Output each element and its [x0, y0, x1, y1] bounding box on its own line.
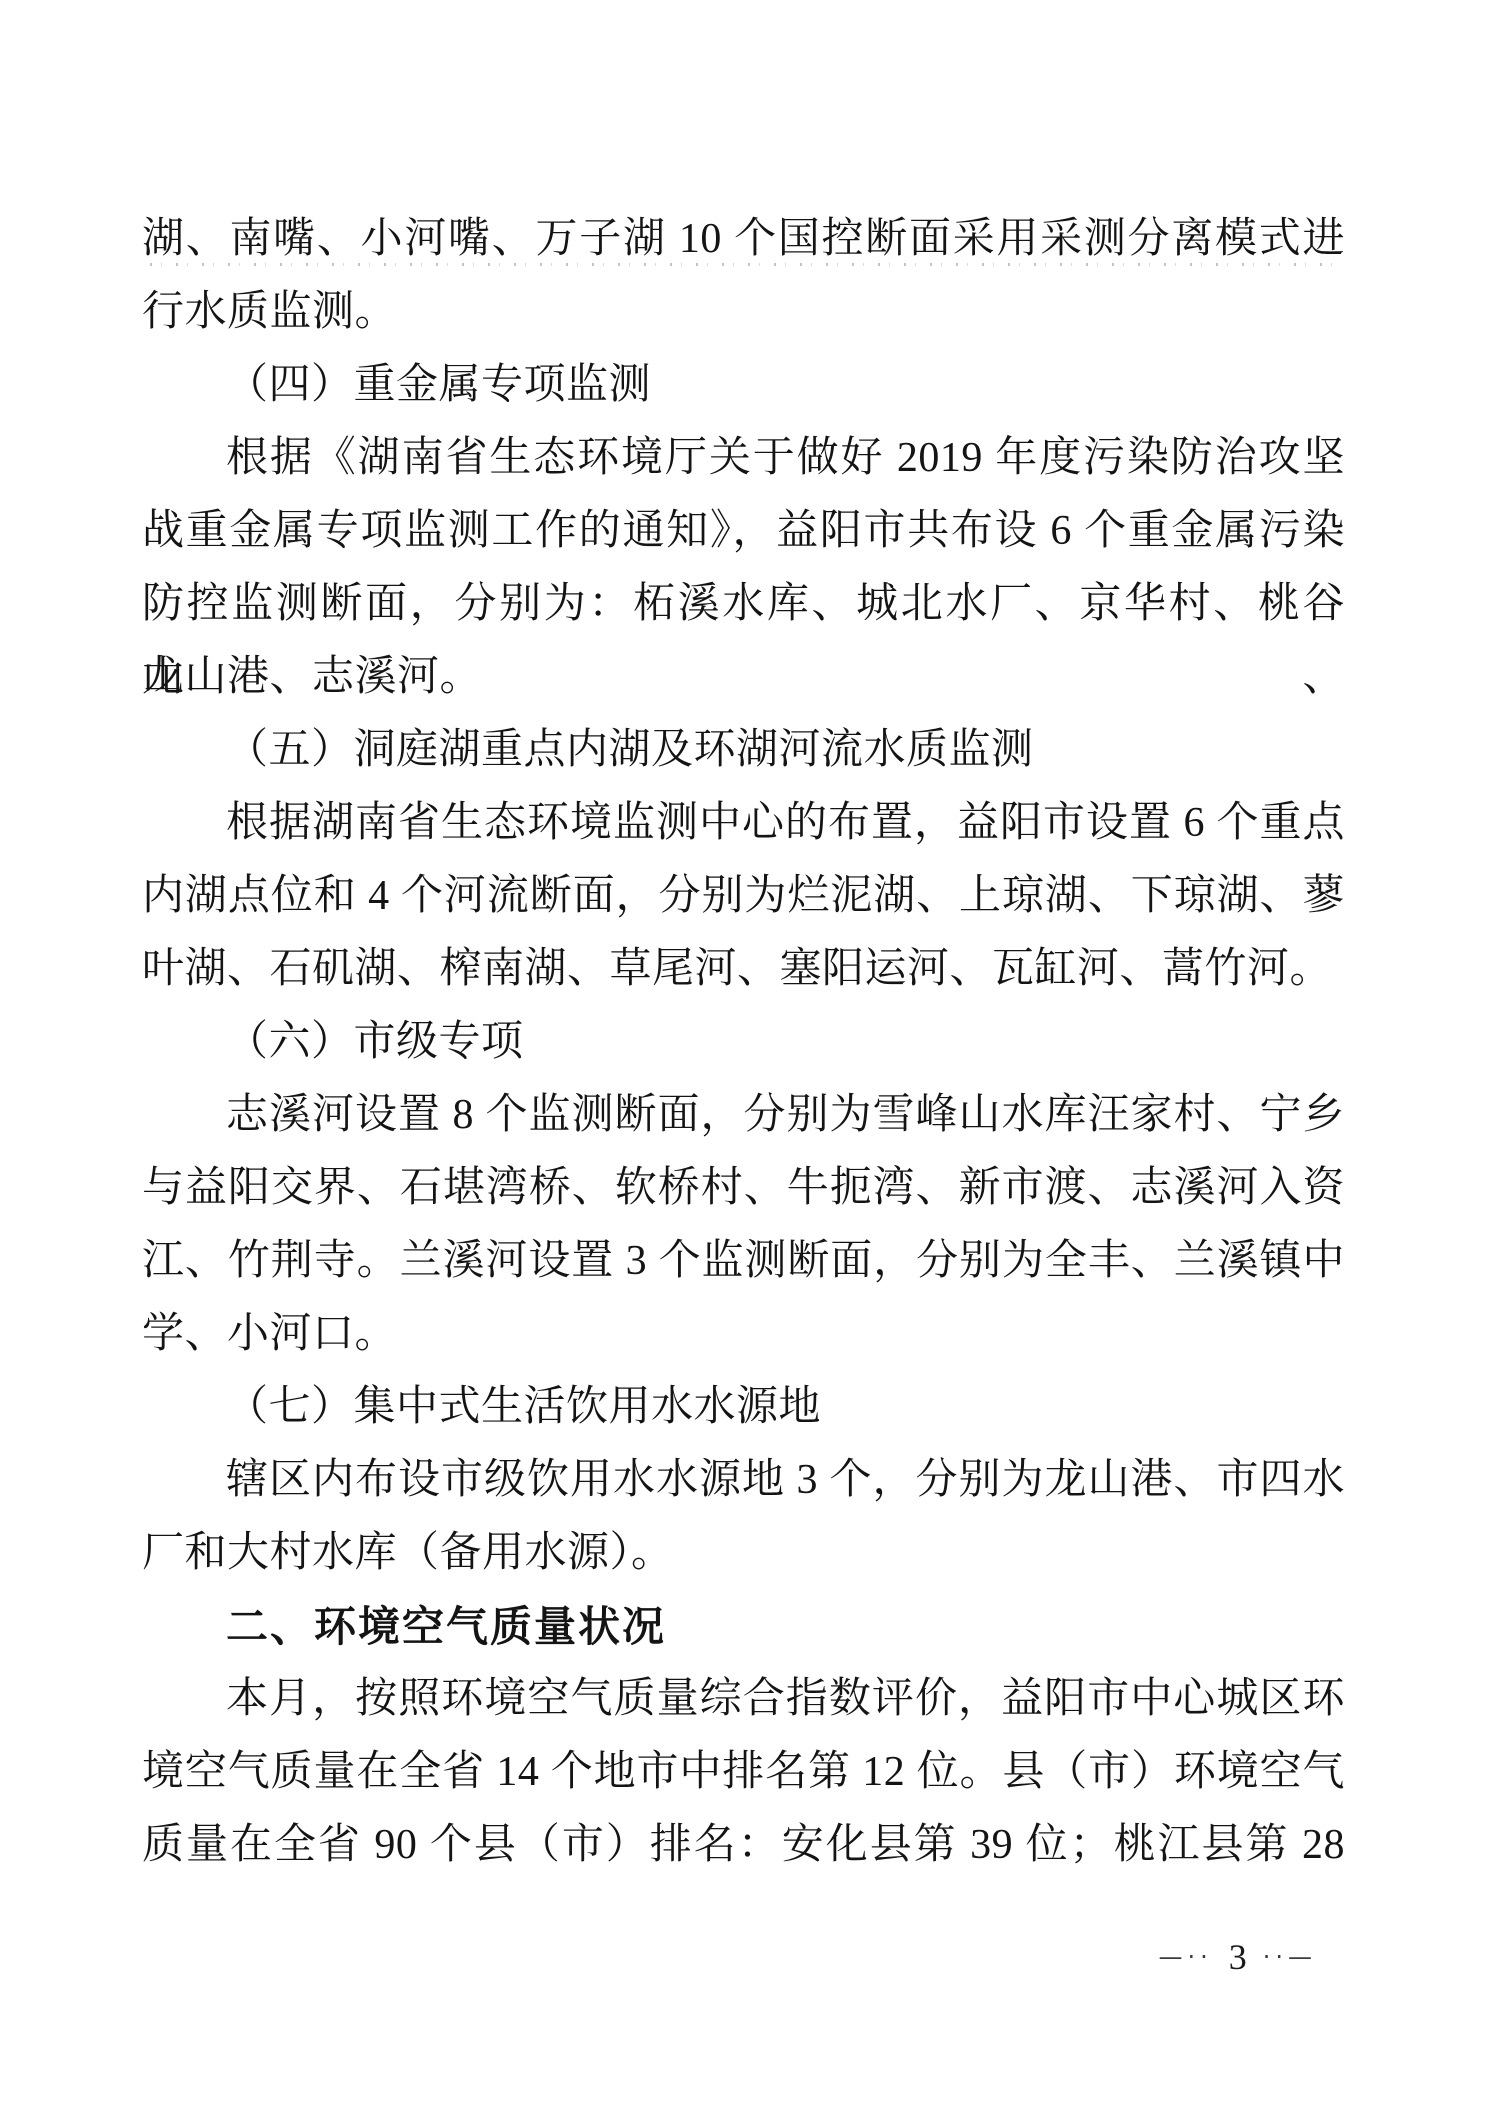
section-heading: （四）重金属专项监测 [142, 349, 1345, 422]
text-line: 志溪河设置 8 个监测断面，分别为雪峰山水库汪家村、宁乡 [142, 1079, 1345, 1152]
footer-dash-left: —·· [1158, 1943, 1212, 1971]
text-line: 防控监测断面，分别为：柘溪水库、城北水厂、京华村、桃谷山、 [142, 568, 1345, 641]
footer-dash-right: ··— [1263, 1943, 1317, 1971]
section-heading: （五）洞庭湖重点内湖及环湖河流水质监测 [142, 714, 1345, 787]
text-line: 与益阳交界、石堪湾桥、软桥村、牛扼湾、新市渡、志溪河入资 [142, 1152, 1345, 1225]
document-body: 湖、南嘴、小河嘴、万子湖 10 个国控断面采用采测分离模式进行水质监测。（四）重… [142, 203, 1345, 1882]
page-footer: —·· 3 ··— [1158, 1936, 1317, 1978]
section-heading: 二、环境空气质量状况 [142, 1590, 1345, 1663]
text-line: 本月，按照环境空气质量综合指数评价，益阳市中心城区环 [142, 1663, 1345, 1736]
document-page: 湖、南嘴、小河嘴、万子湖 10 个国控断面采用采测分离模式进行水质监测。（四）重… [0, 0, 1487, 2105]
text-line: 江、竹荆寺。兰溪河设置 3 个监测断面，分别为全丰、兰溪镇中 [142, 1225, 1345, 1298]
page-number: 3 [1229, 1936, 1247, 1978]
section-heading: （七）集中式生活饮用水水源地 [142, 1371, 1345, 1444]
text-line: 叶湖、石矶湖、榨南湖、草尾河、塞阳运河、瓦缸河、蒿竹河。 [142, 933, 1345, 1006]
text-line: 厂和大村水库（备用水源）。 [142, 1517, 1345, 1590]
text-line: 境空气质量在全省 14 个地市中排名第 12 位。县（市）环境空气 [142, 1736, 1345, 1809]
section-heading: （六）市级专项 [142, 1006, 1345, 1079]
text-line: 学、小河口。 [142, 1298, 1345, 1371]
text-line: 湖、南嘴、小河嘴、万子湖 10 个国控断面采用采测分离模式进 [142, 203, 1345, 276]
text-line: 根据《湖南省生态环境厅关于做好 2019 年度污染防治攻坚 [142, 422, 1345, 495]
text-line: 根据湖南省生态环境监测中心的布置，益阳市设置 6 个重点 [142, 787, 1345, 860]
text-line: 内湖点位和 4 个河流断面，分别为烂泥湖、上琼湖、下琼湖、蓼 [142, 860, 1345, 933]
text-line: 质量在全省 90 个县（市）排名：安化县第 39 位；桃江县第 28 [142, 1809, 1345, 1882]
text-line: 行水质监测。 [142, 276, 1345, 349]
text-line: 辖区内布设市级饮用水水源地 3 个，分别为龙山港、市四水 [142, 1444, 1345, 1517]
text-line: 战重金属专项监测工作的通知》，益阳市共布设 6 个重金属污染 [142, 495, 1345, 568]
